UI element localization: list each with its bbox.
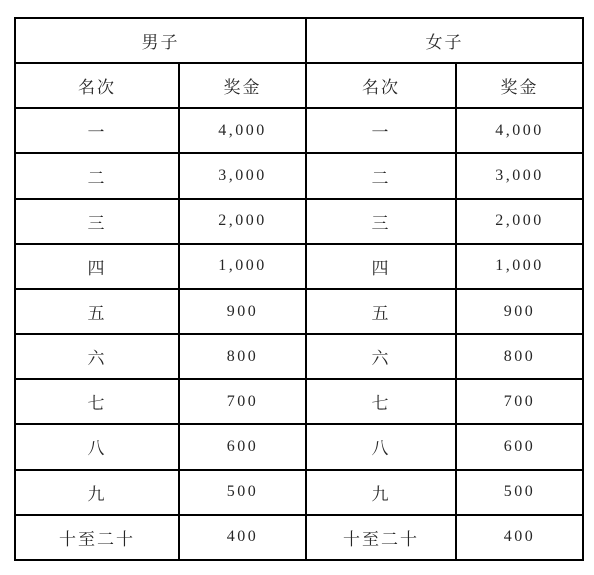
prize-cell: 4,000 <box>456 108 583 153</box>
table-row: 四 1,000 四 1,000 <box>15 244 583 289</box>
rank-cell: 四 <box>306 244 456 289</box>
prize-table-wrapper: 男子 女子 名次 奖金 名次 奖金 一 4,000 一 4,000 二 <box>14 17 582 561</box>
table-row: 三 2,000 三 2,000 <box>15 199 583 244</box>
prize-cell: 900 <box>456 289 583 334</box>
prize-cell: 800 <box>456 334 583 379</box>
prize-cell: 600 <box>179 424 306 469</box>
table-row: 一 4,000 一 4,000 <box>15 108 583 153</box>
table-row: 六 800 六 800 <box>15 334 583 379</box>
rank-cell: 八 <box>306 424 456 469</box>
prize-cell: 900 <box>179 289 306 334</box>
group-header-women: 女子 <box>306 18 583 63</box>
table-row: 八 600 八 600 <box>15 424 583 469</box>
group-header-men: 男子 <box>15 18 306 63</box>
rank-cell: 七 <box>306 379 456 424</box>
table-row: 七 700 七 700 <box>15 379 583 424</box>
rank-cell: 一 <box>306 108 456 153</box>
rank-cell: 一 <box>15 108 179 153</box>
prize-cell: 1,000 <box>456 244 583 289</box>
rank-cell: 七 <box>15 379 179 424</box>
rank-cell: 三 <box>306 199 456 244</box>
prize-table: 男子 女子 名次 奖金 名次 奖金 一 4,000 一 4,000 二 <box>14 17 584 561</box>
rank-cell: 四 <box>15 244 179 289</box>
column-header-rank-women: 名次 <box>306 63 456 108</box>
column-header-prize-men: 奖金 <box>179 63 306 108</box>
prize-cell: 400 <box>179 515 306 560</box>
rank-cell: 五 <box>15 289 179 334</box>
prize-cell: 500 <box>179 470 306 515</box>
rank-cell: 九 <box>15 470 179 515</box>
group-header-row: 男子 女子 <box>15 18 583 63</box>
prize-cell: 700 <box>179 379 306 424</box>
table-row: 九 500 九 500 <box>15 470 583 515</box>
table-row: 十至二十 400 十至二十 400 <box>15 515 583 560</box>
prize-cell: 4,000 <box>179 108 306 153</box>
prize-cell: 500 <box>456 470 583 515</box>
prize-cell: 1,000 <box>179 244 306 289</box>
rank-cell: 五 <box>306 289 456 334</box>
rank-cell: 八 <box>15 424 179 469</box>
rank-cell: 六 <box>306 334 456 379</box>
rank-cell: 九 <box>306 470 456 515</box>
prize-cell: 3,000 <box>456 153 583 198</box>
prize-cell: 2,000 <box>179 199 306 244</box>
table-row: 五 900 五 900 <box>15 289 583 334</box>
column-header-rank-men: 名次 <box>15 63 179 108</box>
page: 男子 女子 名次 奖金 名次 奖金 一 4,000 一 4,000 二 <box>0 0 594 575</box>
prize-cell: 400 <box>456 515 583 560</box>
table-row: 二 3,000 二 3,000 <box>15 153 583 198</box>
prize-cell: 700 <box>456 379 583 424</box>
prize-cell: 600 <box>456 424 583 469</box>
rank-cell: 二 <box>15 153 179 198</box>
prize-cell: 2,000 <box>456 199 583 244</box>
prize-cell: 3,000 <box>179 153 306 198</box>
column-header-row: 名次 奖金 名次 奖金 <box>15 63 583 108</box>
column-header-prize-women: 奖金 <box>456 63 583 108</box>
rank-cell: 二 <box>306 153 456 198</box>
rank-cell: 三 <box>15 199 179 244</box>
prize-cell: 800 <box>179 334 306 379</box>
rank-cell: 十至二十 <box>306 515 456 560</box>
rank-cell: 六 <box>15 334 179 379</box>
rank-cell: 十至二十 <box>15 515 179 560</box>
